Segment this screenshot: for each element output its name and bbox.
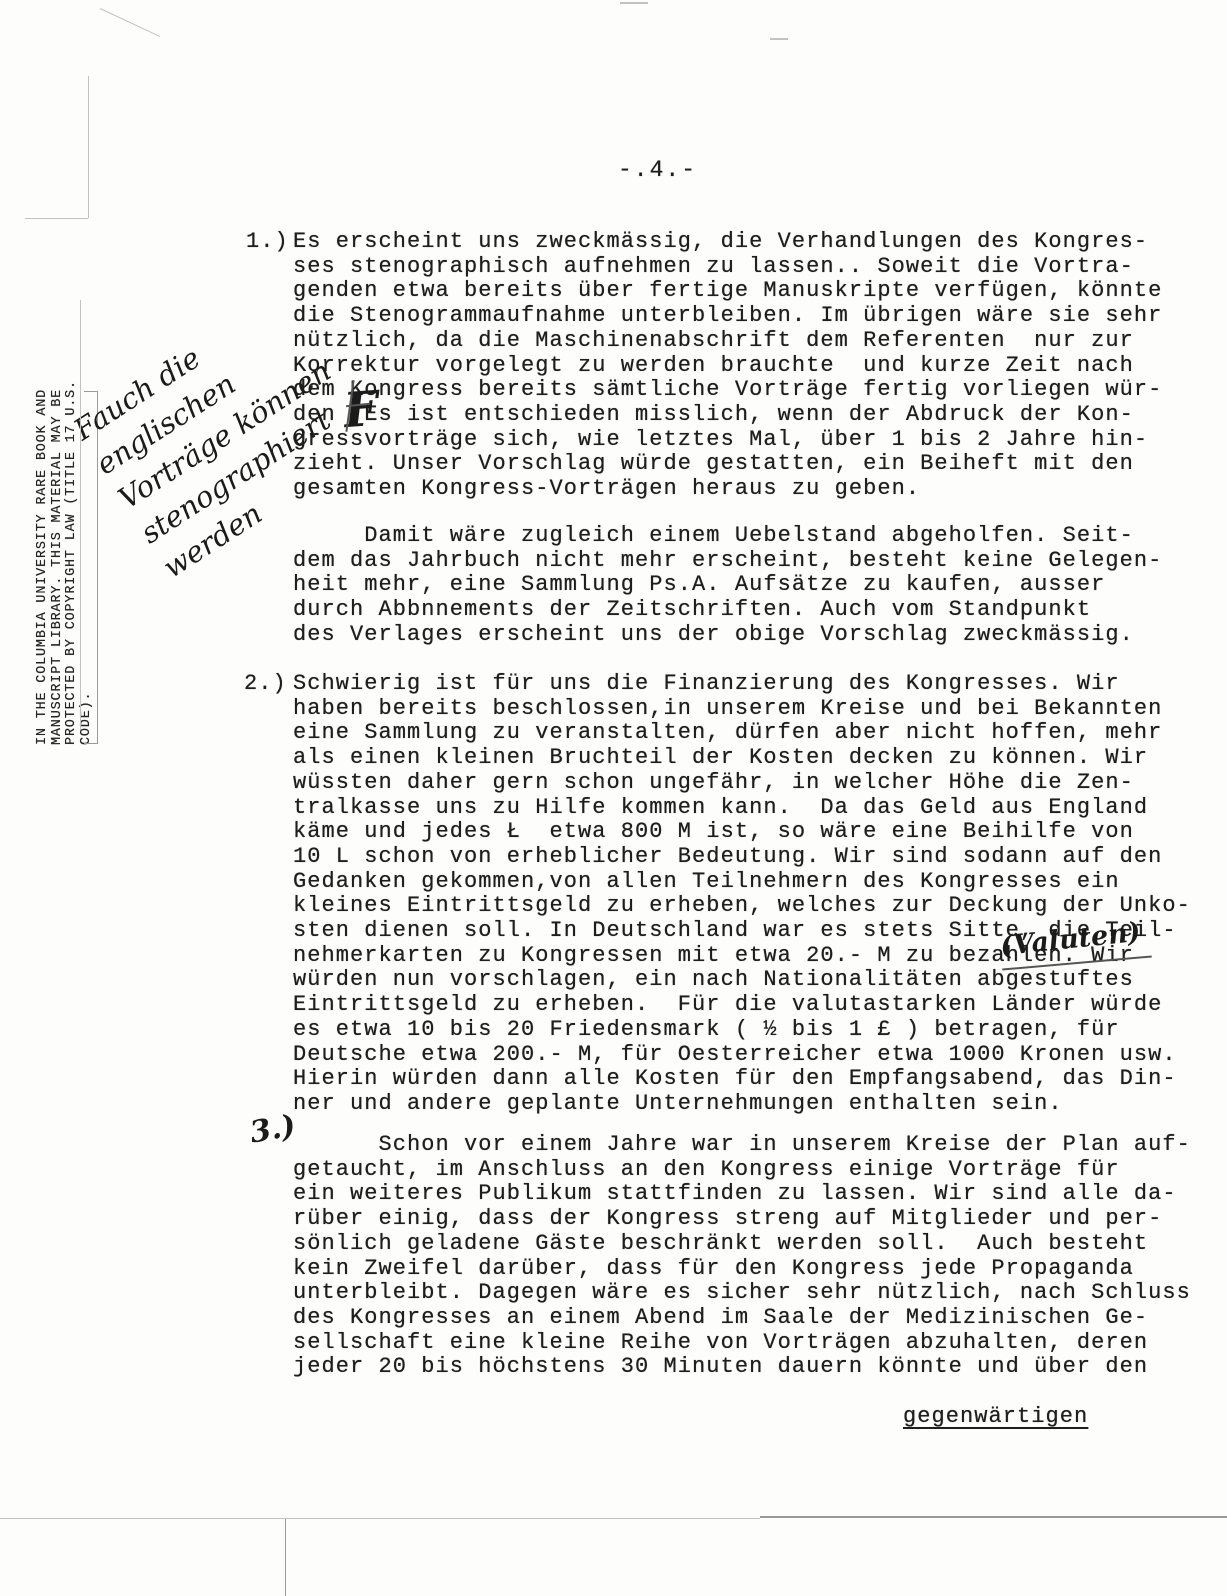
paragraph-marker: 1.) [246, 230, 289, 255]
text-line: sönlich geladene Gäste beschränkt werden… [293, 1232, 1191, 1257]
text-line: MANUSCRIPT LIBRARY. THIS MATERIAL MAY BE [51, 387, 66, 745]
text-line: Gedanken gekommen,von allen Teilnehmern … [293, 870, 1191, 895]
text-line: kein Zweifel darüber, dass für den Kongr… [293, 1257, 1191, 1282]
text-line: ses stenographisch aufnehmen zu lassen..… [293, 255, 1162, 280]
stamp-bracket-line [84, 391, 98, 392]
paper-edge-line [0, 1518, 760, 1519]
scan-artifact-line [770, 38, 788, 40]
text-line: Schwierig ist für uns die Finanzierung d… [293, 672, 1191, 697]
catchword: gegenwärtigen [903, 1405, 1088, 1430]
text-line: Korrektur vorgelegt zu werden brauchte u… [293, 354, 1162, 379]
text-line: als einen kleinen Bruchteil der Kosten d… [293, 746, 1191, 771]
paper-edge-line [80, 300, 81, 730]
text-line: würden nun vorschlagen, ein nach Nationa… [293, 968, 1191, 993]
typewritten-paragraph: Schon vor einem Jahre war in unserem Kre… [293, 1133, 1191, 1380]
handwritten-paragraph-marker: 3.) [247, 1108, 298, 1150]
paragraph-marker: 2.) [244, 672, 287, 697]
text-line: dem das Jahrbuch nicht mehr erscheint, b… [293, 549, 1162, 574]
text-line: haben bereits beschlossen,in unserem Kre… [293, 697, 1191, 722]
text-line: Hierin würden dann alle Kosten für den E… [293, 1067, 1191, 1092]
scan-artifact-line [88, 76, 89, 218]
text-line: rüber einig, dass der Kongress streng au… [293, 1207, 1191, 1232]
text-line: sellschaft eine kleine Reihe von Vorträg… [293, 1331, 1191, 1356]
scan-artifact-line [620, 2, 648, 4]
text-line: den Es ist entschieden misslich, wenn de… [293, 403, 1162, 428]
text-line: es etwa 10 bis 20 Friedensmark ( ½ bis 1… [293, 1018, 1191, 1043]
text-line: ner und andere geplante Unternehmungen e… [293, 1092, 1191, 1117]
text-line: Es erscheint uns zweckmässig, die Verhan… [293, 230, 1162, 255]
text-line: nützlich, da die Maschinenabschrift dem … [293, 329, 1162, 354]
text-line: getaucht, im Anschluss an den Kongress e… [293, 1158, 1191, 1183]
text-line: heit mehr, eine Sammlung Ps.A. Aufsätze … [293, 573, 1162, 598]
text-line: gressvorträge sich, wie letztes Mal, übe… [293, 428, 1162, 453]
text-line: dem Kongress bereits sämtliche Vorträge … [293, 378, 1162, 403]
page-number: -.4.- [618, 158, 697, 183]
paper-edge-line [285, 1519, 286, 1596]
text-line: 10 L schon von erheblicher Bedeutung. Wi… [293, 845, 1191, 870]
scan-artifact-line [100, 8, 160, 37]
text-line: die Stenogrammaufnahme unterbleiben. Im … [293, 304, 1162, 329]
text-line: kleines Eintrittsgeld zu erheben, welche… [293, 894, 1191, 919]
text-line: des Kongresses an einem Abend im Saale d… [293, 1306, 1191, 1331]
text-line: PROTECTED BY COPYRIGHT LAW (TITLE 17 U.S… [65, 387, 80, 745]
typewritten-paragraph: Es erscheint uns zweckmässig, die Verhan… [293, 230, 1162, 502]
text-line: jeder 20 bis höchstens 30 Minuten dauern… [293, 1355, 1191, 1380]
text-line: des Verlages erscheint uns der obige Vor… [293, 623, 1162, 648]
text-line: ein weiteres Publikum stattfinden zu las… [293, 1182, 1191, 1207]
text-line: wüssten daher gern schon ungefähr, in we… [293, 771, 1191, 796]
text-line: eine Sammlung zu veranstalten, dürfen ab… [293, 721, 1191, 746]
typewritten-paragraph: Schwierig ist für uns die Finanzierung d… [293, 672, 1191, 1117]
text-line: Eintrittsgeld zu erheben. Für die valuta… [293, 993, 1191, 1018]
typewritten-paragraph: Damit wäre zugleich einem Uebelstand abg… [293, 524, 1162, 648]
paper-edge-line [760, 1516, 1227, 1518]
text-line: genden etwa bereits über fertige Manuskr… [293, 279, 1162, 304]
stamp-bracket-line [84, 743, 98, 744]
text-line: durch Abbnnements der Zeitschriften. Auc… [293, 598, 1162, 623]
text-line: gesamten Kongress-Vorträgen heraus zu ge… [293, 477, 1162, 502]
text-line: IN THE COLUMBIA UNIVERSITY RARE BOOK AND [36, 387, 51, 745]
text-line: Damit wäre zugleich einem Uebelstand abg… [293, 524, 1162, 549]
text-line: käme und jedes Ł etwa 800 M ist, so wäre… [293, 820, 1191, 845]
scanned-document-page: -.4.- 1.) Es erscheint uns zweckmässig, … [0, 0, 1227, 1596]
text-line: tralkasse uns zu Hilfe kommen kann. Da d… [293, 796, 1191, 821]
text-line: Schon vor einem Jahre war in unserem Kre… [293, 1133, 1191, 1158]
text-line: zieht. Unser Vorschlag würde gestatten, … [293, 452, 1162, 477]
scan-artifact-line [25, 218, 88, 219]
text-line: unterbleibt. Dagegen wäre es sicher sehr… [293, 1281, 1191, 1306]
text-line: Deutsche etwa 200.- M, für Oesterreicher… [293, 1043, 1191, 1068]
